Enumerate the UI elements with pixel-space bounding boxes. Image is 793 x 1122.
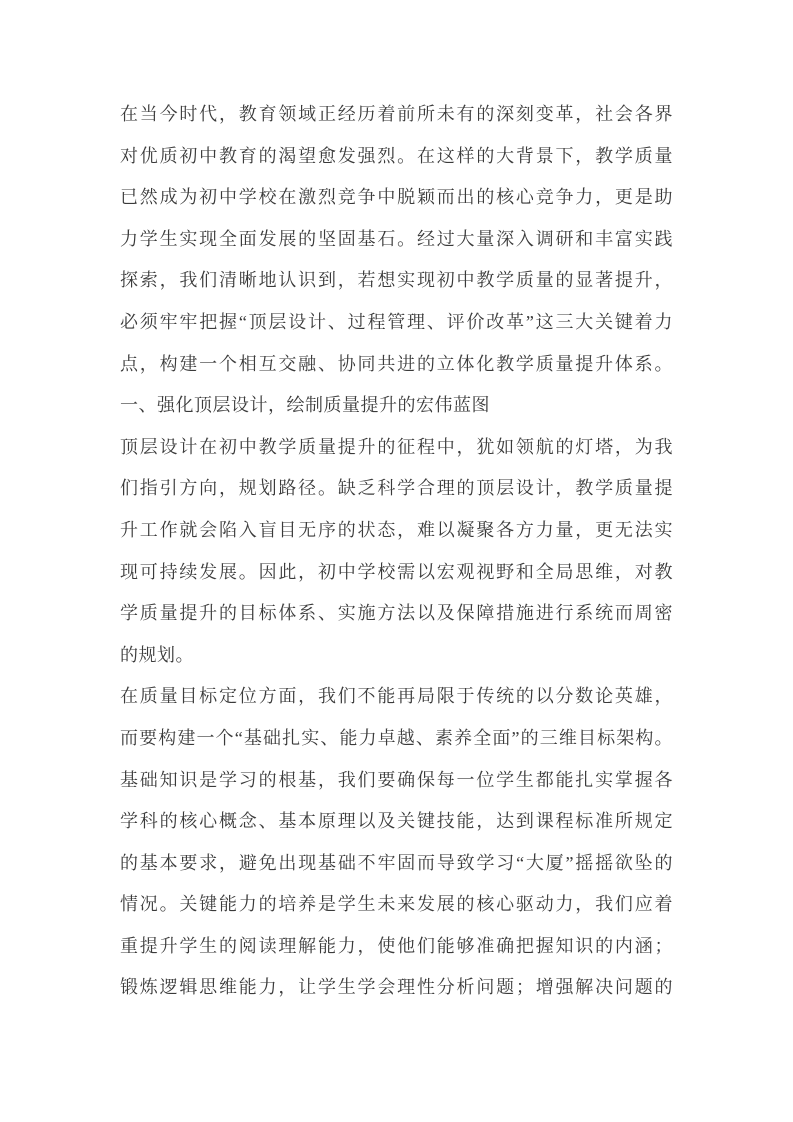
text-line: 对优质初中教育的渴望愈发强烈。在这样的大背景下，教学质量 [120,136,673,178]
text-line: 情况。关键能力的培养是学生未来发展的核心驱动力，我们应着 [120,884,673,926]
text-line: 锻炼逻辑思维能力，让学生学会理性分析问题；增强解决问题的 [120,967,673,1009]
text-line: 而要构建一个“基础扎实、能力卓越、素养全面”的三维目标架构。 [120,718,673,760]
text-line: 在当今时代，教育领域正经历着前所未有的深刻变革，社会各界 [120,94,673,136]
text-line: 必须牢牢把握“顶层设计、过程管理、评价改革”这三大关键着力 [120,302,673,344]
text-line: 基础知识是学习的根基，我们要确保每一位学生都能扎实掌握各 [120,760,673,802]
document-page: 在当今时代，教育领域正经历着前所未有的深刻变革，社会各界 对优质初中教育的渴望愈… [0,0,793,1122]
paragraph-intro: 在当今时代，教育领域正经历着前所未有的深刻变革，社会各界 对优质初中教育的渴望愈… [120,94,673,385]
text-line: 们指引方向，规划路径。缺乏科学合理的顶层设计，教学质量提 [120,468,673,510]
paragraph-top-level-design: 顶层设计在初中教学质量提升的征程中，犹如领航的灯塔，为我 们指引方向，规划路径。… [120,427,673,677]
section-heading-top-level-design: 一、强化顶层设计，绘制质量提升的宏伟蓝图 [120,385,673,427]
text-line: 探索，我们清晰地认识到，若想实现初中教学质量的显著提升， [120,260,673,302]
text-line: 学科的核心概念、基本原理以及关键技能，达到课程标准所规定 [120,801,673,843]
paragraph-quality-goals: 在质量目标定位方面，我们不能再局限于传统的以分数论英雄， 而要构建一个“基础扎实… [120,676,673,1009]
text-line: 学质量提升的目标体系、实施方法以及保障措施进行系统而周密 [120,593,673,635]
text-line: 点，构建一个相互交融、协同共进的立体化教学质量提升体系。 [120,344,673,386]
text-line: 升工作就会陷入盲目无序的状态，难以凝聚各方力量，更无法实 [120,510,673,552]
text-line: 现可持续发展。因此，初中学校需以宏观视野和全局思维，对教 [120,552,673,594]
text-line: 的规划。 [120,635,673,677]
text-line: 重提升学生的阅读理解能力，使他们能够准确把握知识的内涵； [120,926,673,968]
text-line: 在质量目标定位方面，我们不能再局限于传统的以分数论英雄， [120,676,673,718]
heading-text: 一、强化顶层设计，绘制质量提升的宏伟蓝图 [120,385,673,427]
text-line: 顶层设计在初中教学质量提升的征程中，犹如领航的灯塔，为我 [120,427,673,469]
text-line: 已然成为初中学校在激烈竞争中脱颖而出的核心竞争力，更是助 [120,177,673,219]
text-line: 力学生实现全面发展的坚固基石。经过大量深入调研和丰富实践 [120,219,673,261]
text-line: 的基本要求，避免出现基础不牢固而导致学习“大厦”摇摇欲坠的 [120,843,673,885]
